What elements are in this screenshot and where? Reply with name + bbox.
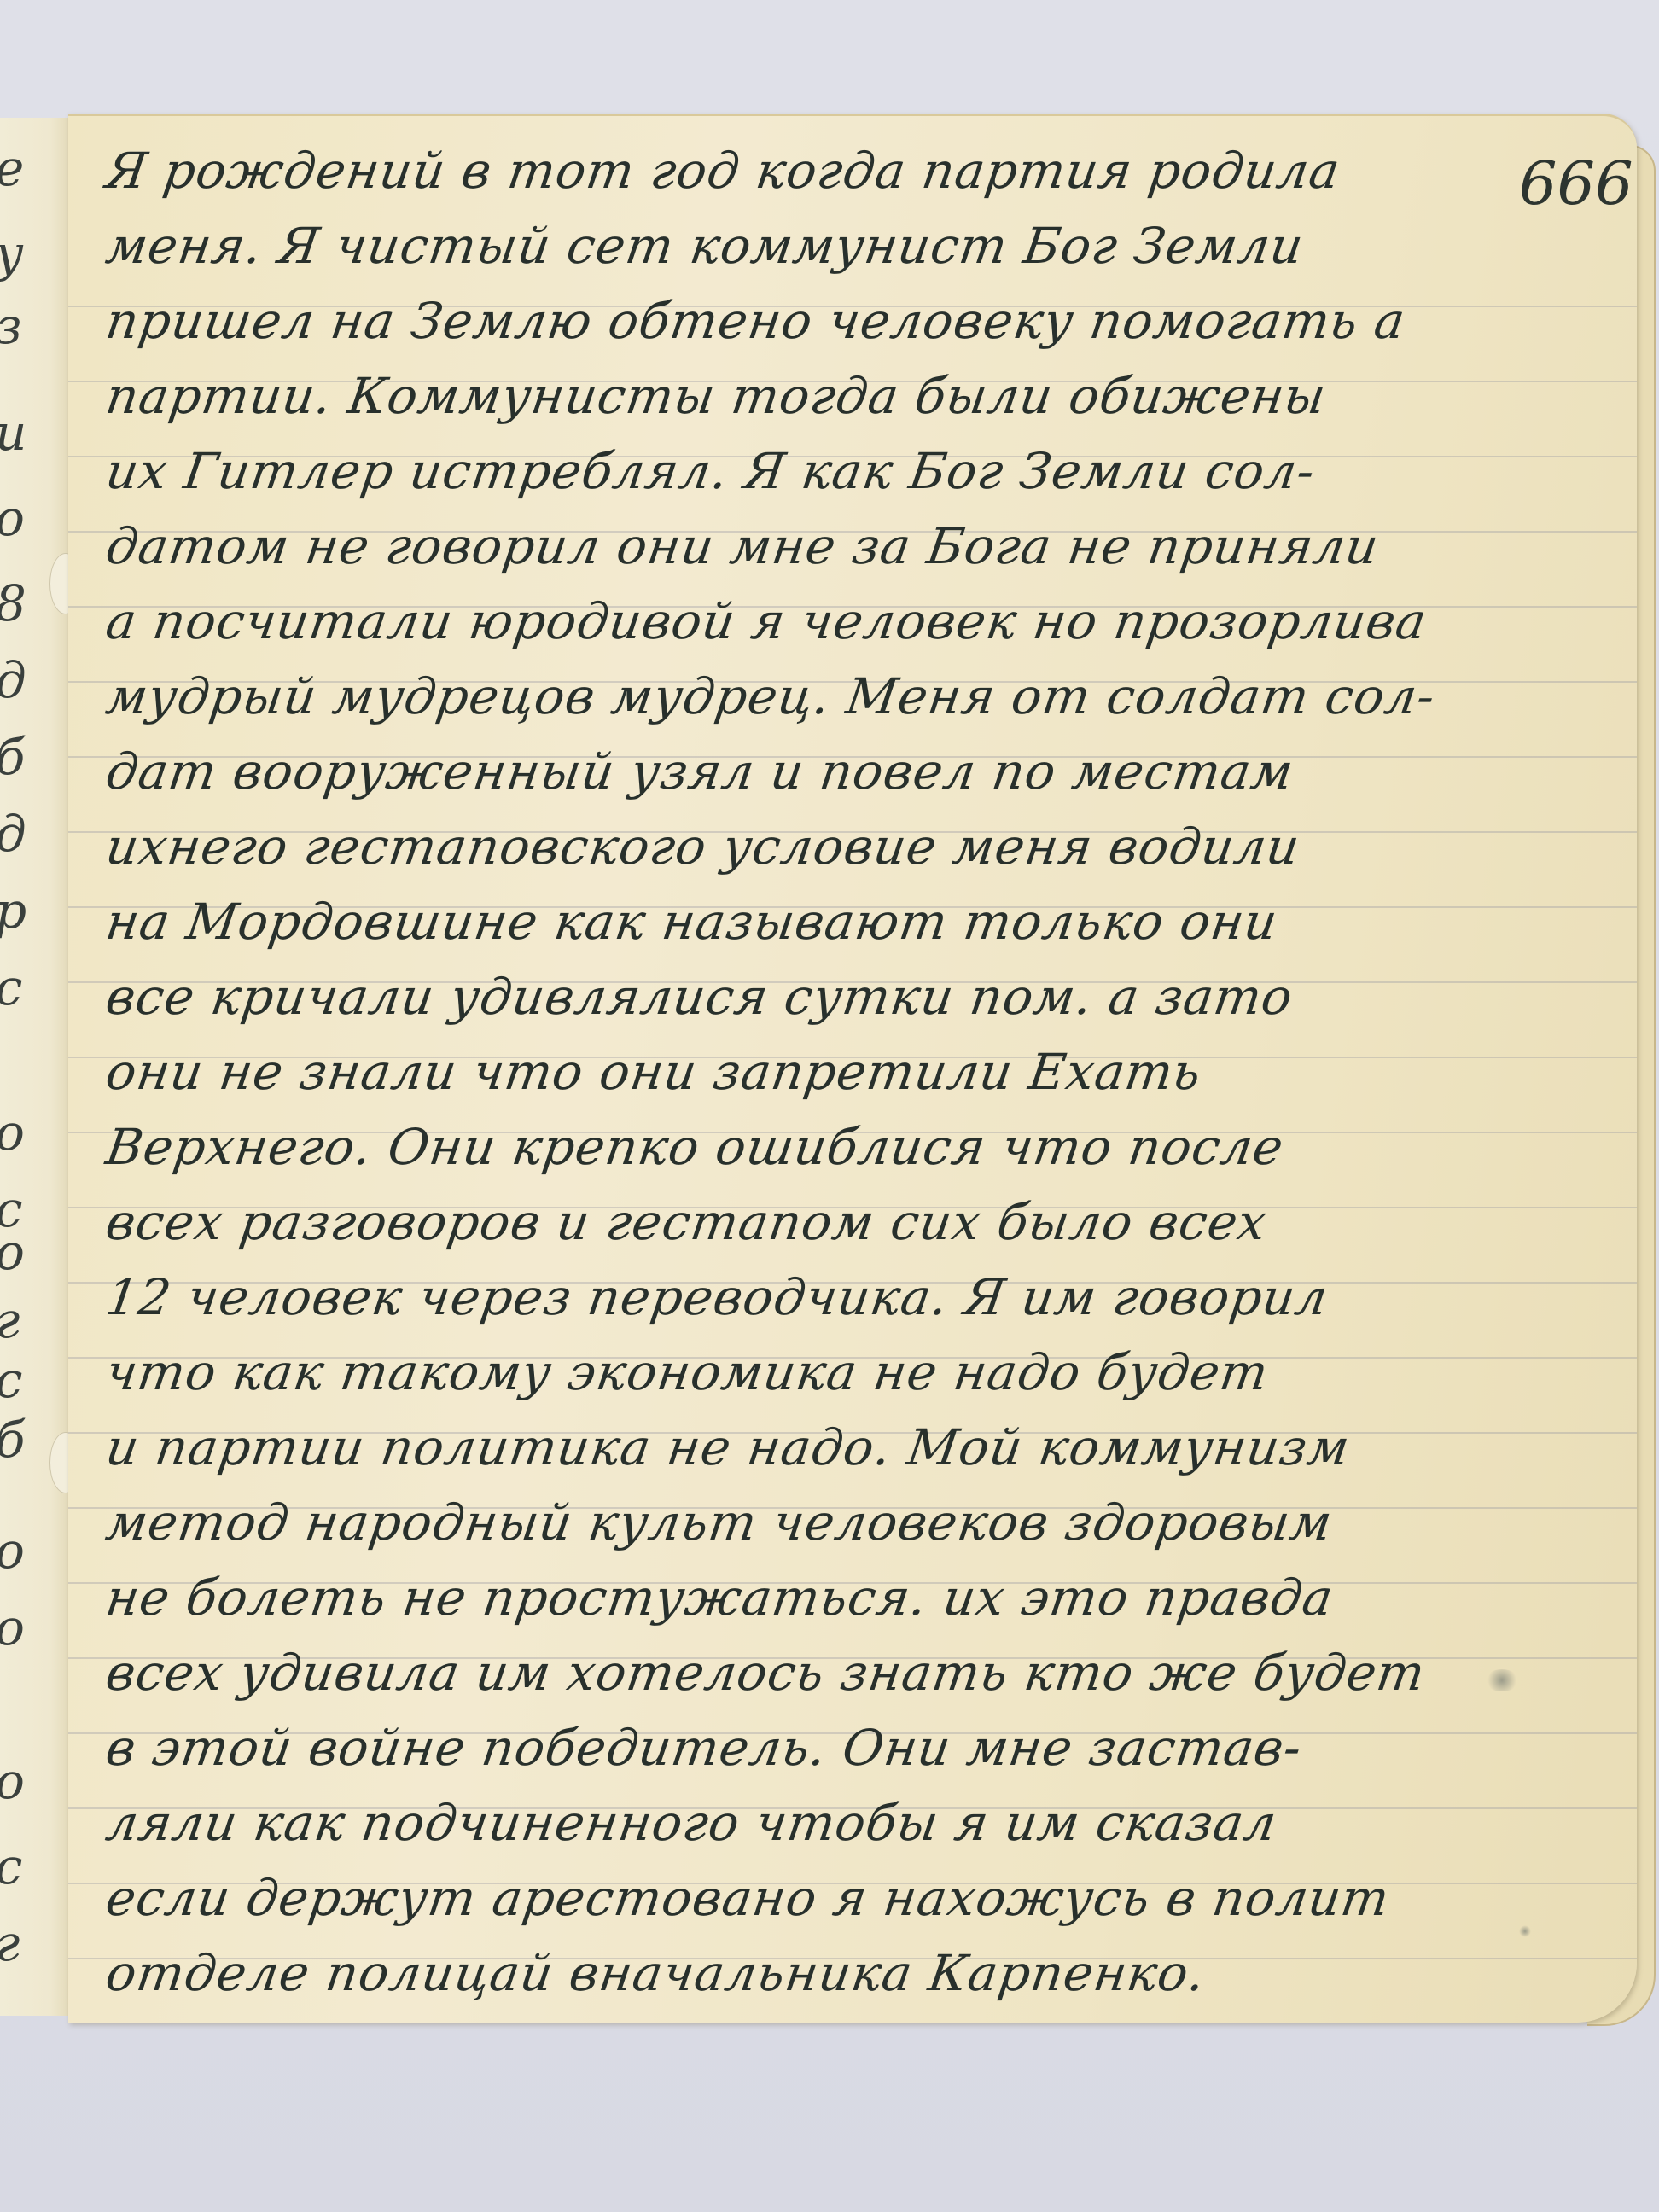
text-line-10: ихнего гестаповского условие меня водили — [102, 818, 1304, 876]
left-page-fragment: д — [0, 809, 63, 859]
left-page-fragment: о — [0, 1603, 63, 1652]
text-line-2: меня. Я чистый сет коммунист Бог Земли — [102, 217, 1307, 275]
left-page-fragment: г — [0, 1918, 63, 1968]
text-line-9: дат вооруженный узял и повел по местам — [102, 742, 1297, 800]
left-page-fragment: з — [0, 301, 63, 351]
text-line-22: в этой войне победитель. Они мне застав- — [102, 1719, 1306, 1777]
text-line-5: их Гитлер истреблял. Я как Бог Земли сол… — [102, 442, 1319, 500]
text-line-19: метод народный культ человеков здоровым — [102, 1493, 1336, 1551]
text-line-4: партии. Коммунисты тогда были обижены — [102, 367, 1330, 425]
left-page-fragment: о — [0, 493, 63, 543]
text-line-23: ляли как подчиненного чтобы я им сказал — [102, 1794, 1281, 1852]
left-page-fragment: с — [0, 1842, 63, 1891]
left-page-fragment: р — [0, 886, 63, 935]
notebook-page: 666 Я рождений в тот год когда партия ро… — [68, 114, 1637, 2023]
page-number: 666 — [1519, 148, 1633, 218]
text-line-24: если держут арестовано я нахожусь в поли… — [102, 1869, 1394, 1927]
text-line-13: они не знали что они запретили Ехать — [102, 1043, 1205, 1101]
text-line-12: все кричали удивлялися сутки пом. а зато — [102, 968, 1296, 1026]
left-page-fragment: о — [0, 1756, 63, 1806]
text-line-15: всех разговоров и гестапом сих было всех — [102, 1193, 1271, 1251]
text-line-8: мудрый мудрецов мудрец. Меня от солдат с… — [102, 667, 1439, 725]
text-line-1: Я рождений в тот год когда партия родила — [102, 142, 1344, 200]
text-line-25: отделе полицай вначальника Карпенко. — [102, 1944, 1209, 2002]
left-page-fragment: и — [0, 408, 63, 457]
left-page-fragment: о — [0, 1227, 63, 1277]
text-line-14: Верхнего. Они крепко ошиблися что после — [102, 1118, 1288, 1176]
left-page-fragment: е — [0, 143, 63, 193]
left-page-fragment: о — [0, 1108, 63, 1157]
text-line-16: 12 человек через переводчика. Я им говор… — [102, 1268, 1332, 1326]
text-line-7: а посчитали юродивой я человек но прозор… — [102, 592, 1430, 650]
previous-page-edge: е у з и о 8 д б д р с о с о г с б о о о … — [0, 118, 73, 2016]
left-page-fragment: с — [0, 1355, 63, 1405]
text-line-3: пришел на Землю обтено человеку помогать… — [102, 292, 1409, 350]
ink-dot — [1519, 1925, 1531, 1937]
text-line-18: и партии политика не надо. Мой коммунизм — [102, 1418, 1353, 1476]
left-page-fragment: у — [0, 229, 63, 278]
left-page-fragment: о — [0, 1526, 63, 1575]
left-page-fragment: б — [0, 732, 63, 782]
left-page-fragment: с — [0, 963, 63, 1012]
left-page-fragment: г — [0, 1295, 63, 1345]
ink-smudge — [1485, 1669, 1519, 1691]
text-line-6: датом не говорил они мне за Бога не прин… — [102, 517, 1382, 575]
left-page-fragment: д — [0, 655, 63, 705]
text-line-21: всех удивила им хотелось знать кто же бу… — [102, 1644, 1429, 1702]
text-line-17: что как такому экономика не надо будет — [102, 1343, 1272, 1401]
text-line-20: не болеть не простужаться. их это правда — [102, 1569, 1337, 1627]
text-line-11: на Мордовшине как называют только они — [102, 893, 1282, 951]
